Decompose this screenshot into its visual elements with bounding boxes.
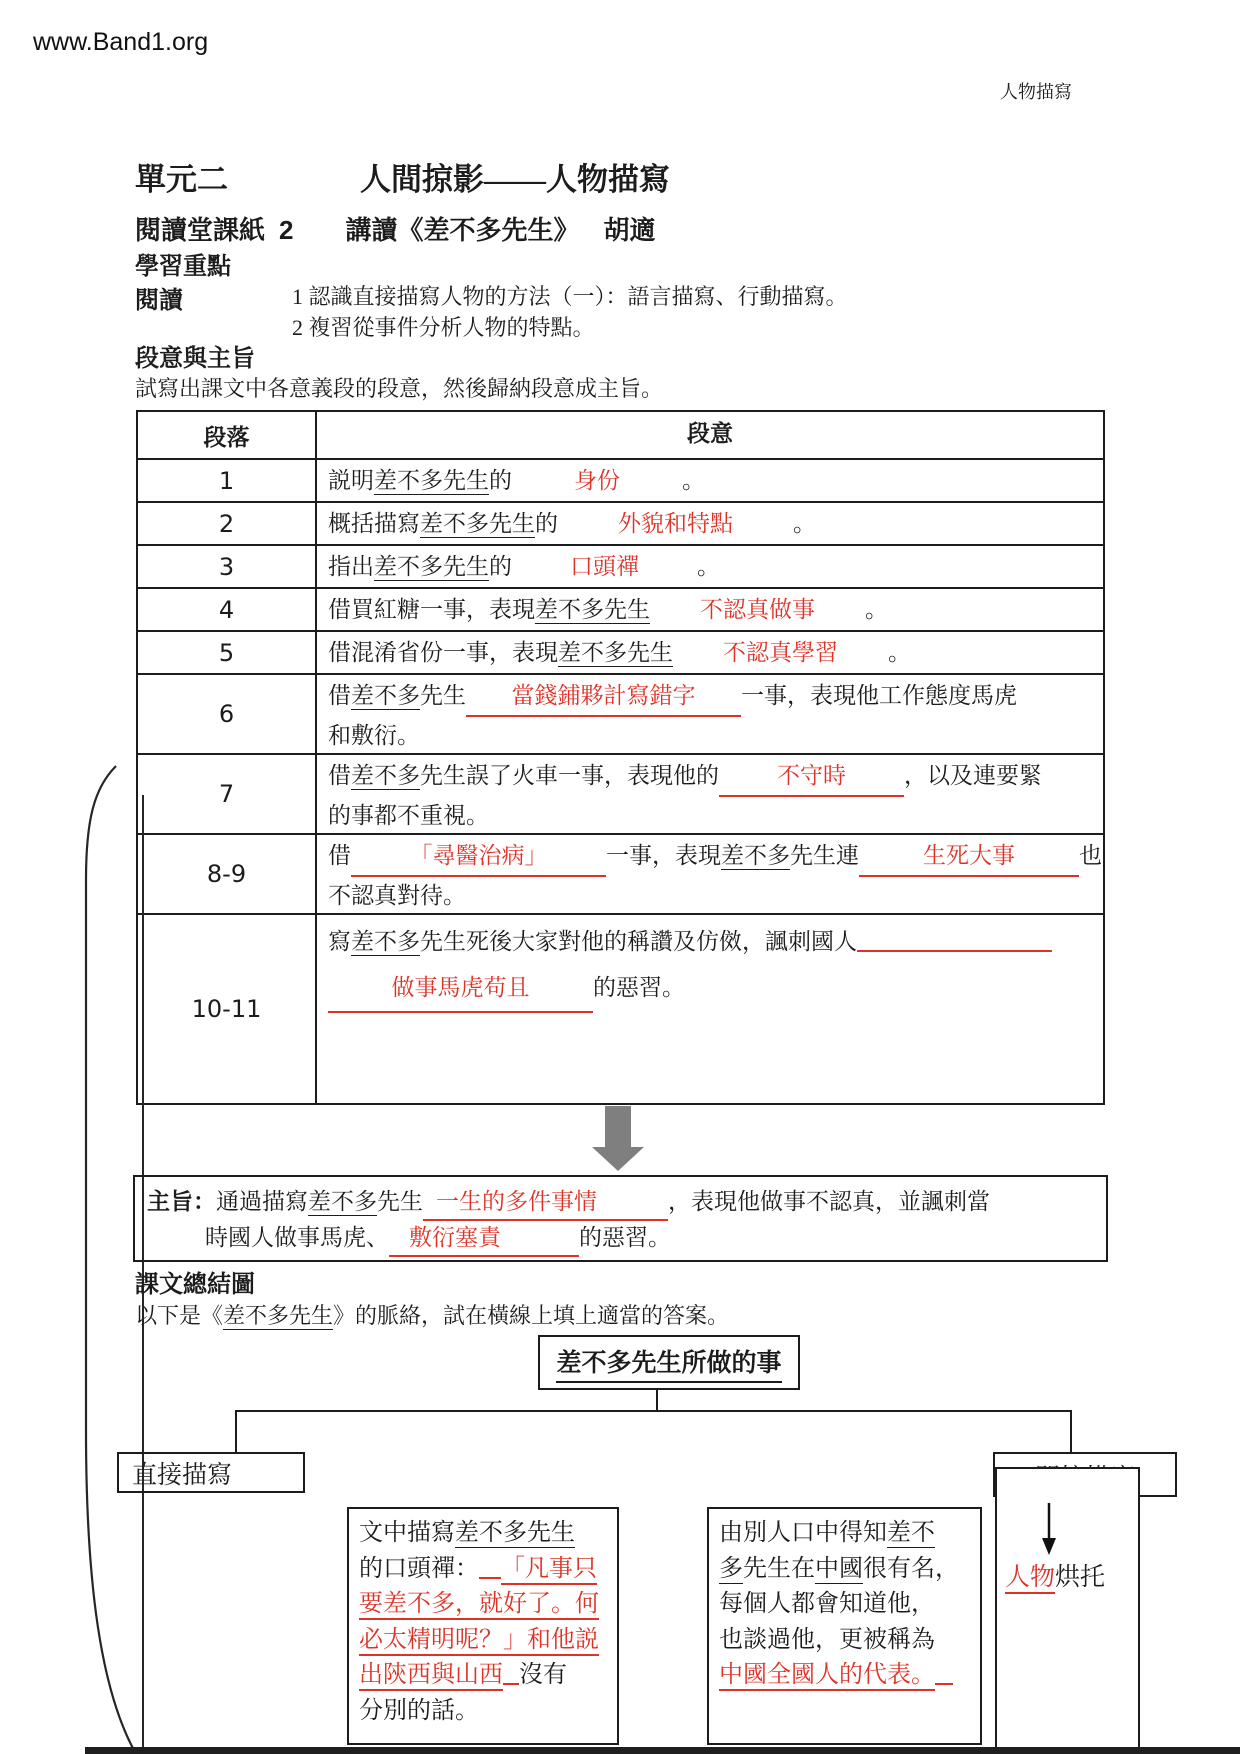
direct-description-label: 直接描寫: [132, 1455, 232, 1491]
paragraph-meaning: 借差不多先生誤了火車一事，表現他的不守時，以及連要緊的事都不重視。: [317, 755, 1103, 833]
table-row: 3指出差不多先生的口頭禪。: [138, 544, 1103, 587]
paragraph-number: 1: [138, 460, 317, 501]
table-row: 1説明差不多先生的身份。: [138, 458, 1103, 501]
paragraph-number: 8-9: [138, 835, 317, 913]
main-idea-label: 主旨：: [147, 1189, 216, 1214]
lesson-title: 講讀《差不多先生》: [345, 216, 579, 245]
down-arrow-icon: [605, 1106, 631, 1148]
main-idea-box: 主旨：通過描寫差不多先生一生的多件事情，表現他做事不認真，並諷刺當時國人做事馬虎…: [133, 1175, 1108, 1262]
reading-point-1: 1 認識直接描寫人物的方法（一）：語言描寫、行動描寫。: [292, 281, 848, 312]
site-watermark: www.Band1.org: [33, 28, 208, 57]
paragraph-number: 5: [138, 632, 317, 673]
paragraph-meaning: 借混淆省份一事，表現差不多先生不認真學習。: [317, 632, 1103, 673]
section-heading: 段意與主旨: [135, 338, 255, 373]
paragraph-meaning: 概括描寫差不多先生的外貌和特點。: [317, 503, 1103, 544]
connector-line: [656, 1390, 658, 1411]
summary-intro: 以下是《差不多先生》的脈絡，試在橫線上填上適當的答案。: [135, 1299, 729, 1330]
reading-point-2: 2 複習從事件分析人物的特點。: [292, 312, 848, 343]
paragraph-number: 6: [138, 675, 317, 753]
down-arrow-icon: [1041, 1503, 1057, 1555]
down-arrow-icon: [592, 1147, 644, 1171]
indirect-description-note: 由別人口中得知差不多先生在中國很有名，每個人都會知道他，也談過他，更被稱為中國全…: [707, 1507, 982, 1745]
column-header-paragraph: 段落: [138, 412, 317, 458]
side-panel-label: 人物烘托: [1005, 1557, 1105, 1593]
paragraph-meaning-table: 段落 段意 1説明差不多先生的身份。 2概括描寫差不多先生的外貌和特點。 3指出…: [136, 410, 1105, 1105]
lesson-heading: 閱讀堂課紙2講讀《差不多先生》胡適: [135, 210, 656, 247]
paragraph-meaning: 借差不多先生當錢鋪夥計寫錯字一事，表現他工作態度馬虎和敷衍。: [317, 675, 1103, 753]
column-header-meaning: 段意: [317, 412, 1103, 458]
lesson-label: 閱讀堂課紙: [135, 216, 265, 245]
connector-line: [235, 1412, 237, 1452]
lesson-number: 2: [279, 215, 293, 245]
reading-label: 閱讀: [135, 280, 183, 315]
table-row: 10-11寫差不多先生死後大家對他的稱讚及仿傚，諷刺國人做事馬虎苟且的惡習。: [138, 913, 1103, 1103]
worksheet-page: www.Band1.org 人物描寫 單元二人間掠影——人物描寫 閱讀堂課紙2講…: [0, 0, 1240, 1754]
paragraph-number: 10-11: [138, 915, 317, 1103]
connector-line: [1070, 1412, 1072, 1452]
author-name: 胡適: [604, 216, 656, 245]
main-idea-text: 主旨：通過描寫差不多先生一生的多件事情，表現他做事不認真，並諷刺當時國人做事馬虎…: [135, 1177, 1106, 1257]
focus-heading: 學習重點: [135, 246, 231, 281]
paragraph-number: 4: [138, 589, 317, 630]
paragraph-meaning: 借買紅糖一事，表現差不多先生不認真做事。: [317, 589, 1103, 630]
unit-heading: 單元二人間掠影——人物描寫: [135, 154, 670, 199]
page-corner-label: 人物描寫: [1000, 78, 1072, 104]
paragraph-number: 3: [138, 546, 317, 587]
table-row: 8-9借「尋醫治病」一事，表現差不多先生連生死大事也不認真對待。: [138, 833, 1103, 913]
table-row: 2概括描寫差不多先生的外貌和特點。: [138, 501, 1103, 544]
reading-points: 1 認識直接描寫人物的方法（一）：語言描寫、行動描寫。 2 複習從事件分析人物的…: [292, 281, 848, 343]
table-row: 7借差不多先生誤了火車一事，表現他的不守時，以及連要緊的事都不重視。: [138, 753, 1103, 833]
paragraph-meaning: 借「尋醫治病」一事，表現差不多先生連生死大事也不認真對待。: [317, 835, 1103, 913]
paragraph-meaning: 指出差不多先生的口頭禪。: [317, 546, 1103, 587]
table-header-row: 段落 段意: [138, 412, 1103, 458]
flow-top-box: 差不多先生所做的事: [538, 1335, 800, 1390]
direct-description-box: 直接描寫: [117, 1452, 305, 1493]
unit-title: 人間掠影——人物描寫: [360, 162, 670, 197]
paragraph-meaning: 説明差不多先生的身份。: [317, 460, 1103, 501]
page-bottom-strip: [85, 1747, 1240, 1754]
main-idea-segments: 通過描寫差不多先生一生的多件事情，表現他做事不認真，並諷刺當時國人做事馬虎、敷衍…: [205, 1189, 990, 1250]
table-row: 5借混淆省份一事，表現差不多先生不認真學習。: [138, 630, 1103, 673]
direct-description-note: 文中描寫差不多先生的口頭禪：「凡事只要差不多，就好了。何必太精明呢？」和他説出陝…: [347, 1507, 619, 1745]
table-row: 4借買紅糖一事，表現差不多先生不認真做事。: [138, 587, 1103, 630]
table-row: 6借差不多先生當錢鋪夥計寫錯字一事，表現他工作態度馬虎和敷衍。: [138, 673, 1103, 753]
paragraph-meaning: 寫差不多先生死後大家對他的稱讚及仿傚，諷刺國人做事馬虎苟且的惡習。: [317, 915, 1103, 1103]
paragraph-number: 2: [138, 503, 317, 544]
connector-line: [235, 1410, 1072, 1412]
paragraph-number: 7: [138, 755, 317, 833]
unit-label: 單元二: [135, 162, 228, 197]
flow-top-box-label: 差不多先生所做的事: [556, 1343, 781, 1383]
summary-heading: 課文總結圖: [135, 1264, 255, 1299]
side-panel-box: 人物烘托: [995, 1467, 1140, 1754]
section-intro: 試寫出課文中各意義段的段意，然後歸納段意成主旨。: [135, 372, 663, 403]
